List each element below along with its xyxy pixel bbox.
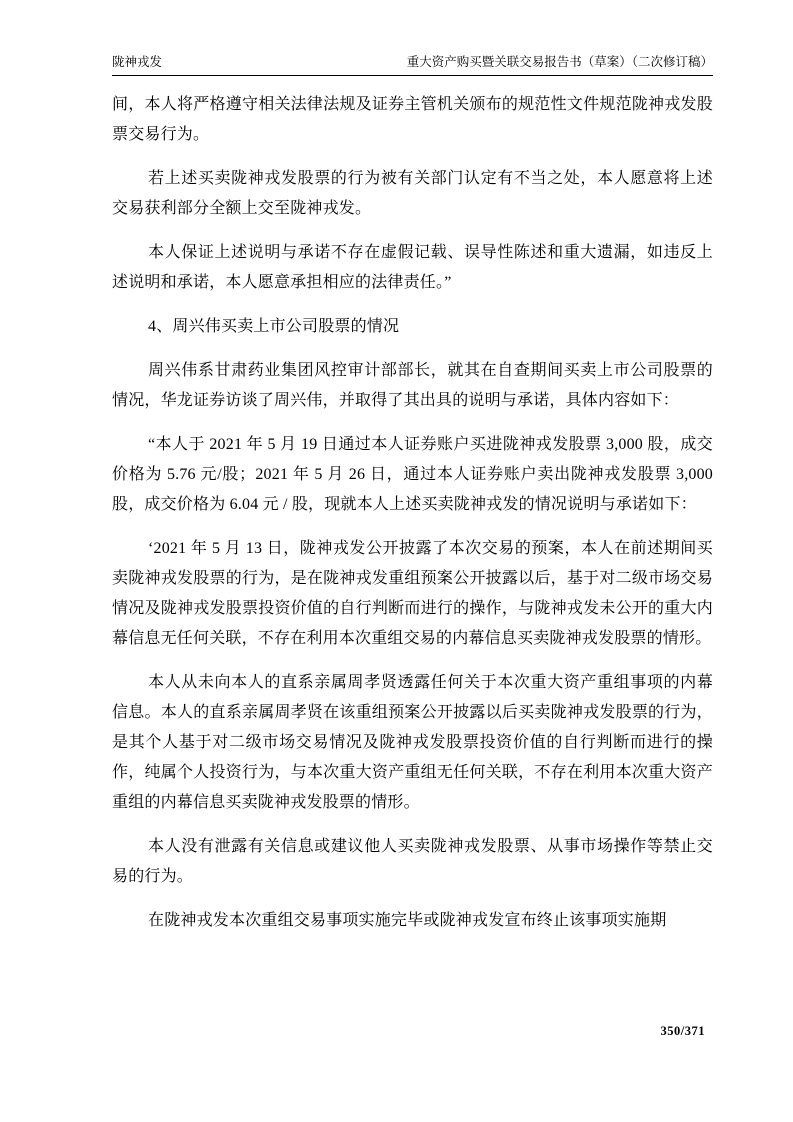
paragraph-trades: “本人于 2021 年 5 月 19 日通过本人证券账户买进陇神戎发股票 3,0… bbox=[112, 430, 713, 520]
document-page: 陇神戎发 重大资产购买暨关联交易报告书（草案）（二次修订稿） 间，本人将严格遵守… bbox=[0, 0, 793, 1122]
paragraph-statement-insider: ‘2021 年 5 月 13 日，陇神戎发公开披露了本次交易的预案，本人在前述期… bbox=[112, 534, 713, 654]
section-heading-item4: 4、周兴伟买卖上市公司股票的情况 bbox=[112, 312, 713, 342]
paragraph-statement-no-leak: 本人没有泄露有关信息或建议他人买卖陇神戎发股票、从事市场操作等禁止交易的行为。 bbox=[112, 832, 713, 892]
paragraph-guarantee: 本人保证上述说明与承诺不存在虚假记载、误导性陈述和重大遗漏，如违反上述说明和承诺… bbox=[112, 238, 713, 298]
paragraph-return-profit: 若上述买卖陇神戎发股票的行为被有关部门认定有不当之处，本人愿意将上述交易获利部分… bbox=[112, 164, 713, 224]
page-number: 350/371 bbox=[661, 1024, 705, 1039]
paragraph-continuation: 间，本人将严格遵守相关法律法规及证券主管机关颁布的规范性文件规范陇神戎发股票交易… bbox=[112, 90, 713, 150]
paragraph-intro: 周兴伟系甘肃药业集团风控审计部部长，就其在自查期间买卖上市公司股票的情况，华龙证… bbox=[112, 356, 713, 416]
document-body: 间，本人将严格遵守相关法律法规及证券主管机关颁布的规范性文件规范陇神戎发股票交易… bbox=[112, 90, 713, 936]
header-company-name: 陇神戎发 bbox=[112, 53, 162, 71]
page-header: 陇神戎发 重大资产购买暨关联交易报告书（草案）（二次修订稿） bbox=[112, 53, 713, 76]
paragraph-statement-period-partial: 在陇神戎发本次重组交易事项实施完毕或陇神戎发宣布终止该事项实施期 bbox=[112, 906, 713, 936]
paragraph-statement-relative: 本人从未向本人的直系亲属周孝贤透露任何关于本次重大资产重组事项的内幕信息。本人的… bbox=[112, 668, 713, 818]
header-report-title: 重大资产购买暨关联交易报告书（草案）（二次修订稿） bbox=[407, 53, 713, 71]
